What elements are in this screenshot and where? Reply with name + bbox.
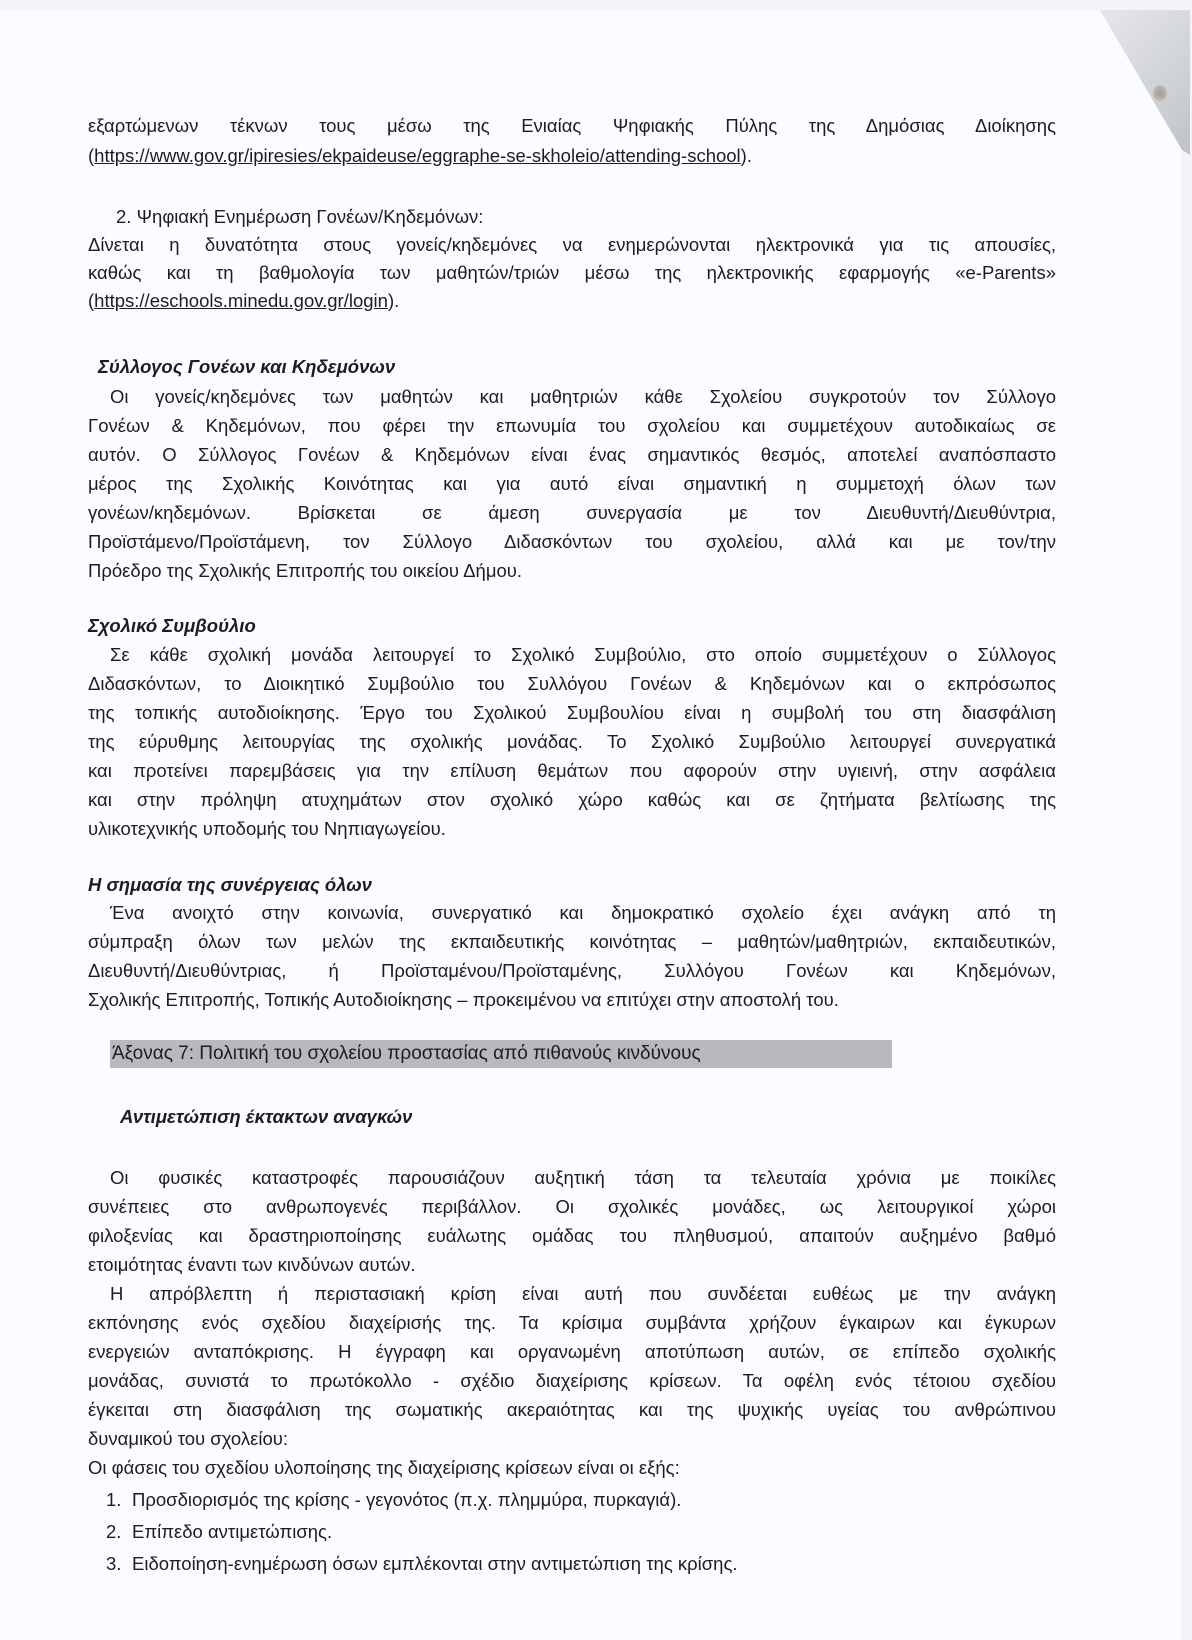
- paragraph-line: φιλοξενίας και δραστηριοποίησης ευάλωτης…: [88, 1222, 1056, 1250]
- intro-line: εξαρτώμενων τέκνων τους μέσω της Ενιαίας…: [88, 112, 1056, 140]
- paragraph-line: Σχολικής Επιτροπής, Τοπικής Αυτοδιοίκηση…: [88, 986, 1056, 1014]
- section-heading-school-council: Σχολικό Συμβούλιο: [88, 612, 1056, 640]
- paragraph-line: μέρος της Σχολικής Κοινότητας και για αυ…: [88, 470, 1056, 498]
- paragraph-line: και προτείνει παρεμβάσεις για την επίλυσ…: [88, 757, 1056, 785]
- axis-7-heading-text: Άξονας 7: Πολιτική του σχολείου προστασί…: [110, 1043, 701, 1064]
- item2-line: Δίνεται η δυνατότητα στους γονείς/κηδεμό…: [88, 231, 1056, 259]
- paragraph-line: αυτόν. Ο Σύλλογος Γονέων & Κηδεμόνων είν…: [88, 441, 1056, 469]
- paragraph-line: γονέων/κηδεμόνων. Βρίσκεται σε άμεση συν…: [88, 499, 1056, 527]
- paragraph-line: Οι γονείς/κηδεμόνες των μαθητών και μαθη…: [88, 383, 1056, 411]
- paragraph-line: μονάδας, συνιστά το πρωτόκολλο - σχέδιο …: [88, 1367, 1056, 1395]
- staple-hole: [1153, 85, 1167, 101]
- paragraph-line: εκπόνησης ενός σχεδίου διαχείρισής της. …: [88, 1309, 1056, 1337]
- phase-list-item: 3.Ειδοποίηση-ενημέρωση όσων εμπλέκονται …: [106, 1550, 738, 1578]
- paragraph-line: συνέπειες στο ανθρωπογενές περιβάλλον. Ο…: [88, 1193, 1056, 1221]
- item2-link-line: (https://eschools.minedu.gov.gr/login).: [88, 287, 1056, 315]
- paragraph-line: Γονέων & Κηδεμόνων, που φέρει την επωνυμ…: [88, 412, 1056, 440]
- paragraph-line: δυναμικού του σχολείου:: [88, 1425, 1056, 1453]
- axis-7-heading: Άξονας 7: Πολιτική του σχολείου προστασί…: [110, 1040, 892, 1068]
- intro-link-line: (https://www.gov.gr/ipiresies/ekpaideuse…: [88, 142, 1056, 170]
- eschools-login-link[interactable]: https://eschools.minedu.gov.gr/login: [94, 290, 388, 311]
- paragraph-line: της εύρυθμης λειτουργίας της σχολικής μο…: [88, 728, 1056, 756]
- paragraph-line: ετοιμότητας έναντι των κινδύνων αυτών.: [88, 1251, 1056, 1279]
- paragraph-line: και στην πρόληψη ατυχημάτων στον σχολικό…: [88, 786, 1056, 814]
- section-heading-emergency: Αντιμετώπιση έκτακτων αναγκών: [120, 1103, 1088, 1131]
- paragraph-line: Οι φυσικές καταστροφές παρουσιάζουν αυξη…: [88, 1164, 1056, 1192]
- paragraph-line: σύμπραξη όλων των μελών της εκπαιδευτική…: [88, 928, 1056, 956]
- paragraph-line: υλικοτεχνικής υποδομής του Νηπιαγωγείου.: [88, 815, 1056, 843]
- item2-title: 2. Ψηφιακή Ενημέρωση Γονέων/Κηδεμόνων:: [88, 203, 1056, 231]
- paragraph-line: Διευθυντή/Διευθύντριας, ή Προϊσταμένου/Π…: [88, 957, 1056, 985]
- paragraph-line: Πρόεδρο της Σχολικής Επιτροπής του οικεί…: [88, 557, 1056, 585]
- paragraph-line: Προϊστάμενο/Προϊστάμενη, τον Σύλλογο Διδ…: [88, 528, 1056, 556]
- phase-list-item: 2.Επίπεδο αντιμετώπισης.: [106, 1518, 332, 1546]
- section-heading-parents-association: Σύλλογος Γονέων και Κηδεμόνων: [98, 353, 1066, 381]
- paragraph-line: έγκειται στη διασφάλιση της σωματικής ακ…: [88, 1396, 1056, 1424]
- paragraph-line: Σε κάθε σχολική μονάδα λειτουργεί το Σχο…: [88, 641, 1056, 669]
- paragraph-line: Ένα ανοιχτό στην κοινωνία, συνεργατικό κ…: [88, 899, 1056, 927]
- paragraph-line: ενεργειών ανταπόκρισης. Η έγγραφη και ορ…: [88, 1338, 1056, 1366]
- paragraph-line: Διδασκόντων, το Διοικητικό Συμβούλιο του…: [88, 670, 1056, 698]
- paragraph-line: Οι φάσεις του σχεδίου υλοποίησης της δια…: [88, 1454, 1056, 1482]
- item2-line: καθώς και τη βαθμολογία των μαθητών/τριώ…: [88, 259, 1056, 287]
- paragraph-line: της τοπικής αυτοδιοίκησης. Έργο του Σχολ…: [88, 699, 1056, 727]
- attending-school-link[interactable]: https://www.gov.gr/ipiresies/ekpaideuse/…: [94, 145, 741, 166]
- paragraph-line: Η απρόβλεπτη ή περιστασιακή κρίση είναι …: [88, 1280, 1056, 1308]
- section-heading-synergy: Η σημασία της συνέργειας όλων: [88, 871, 1056, 899]
- phase-list-item: 1.Προσδιορισμός της κρίσης - γεγονότος (…: [106, 1486, 681, 1514]
